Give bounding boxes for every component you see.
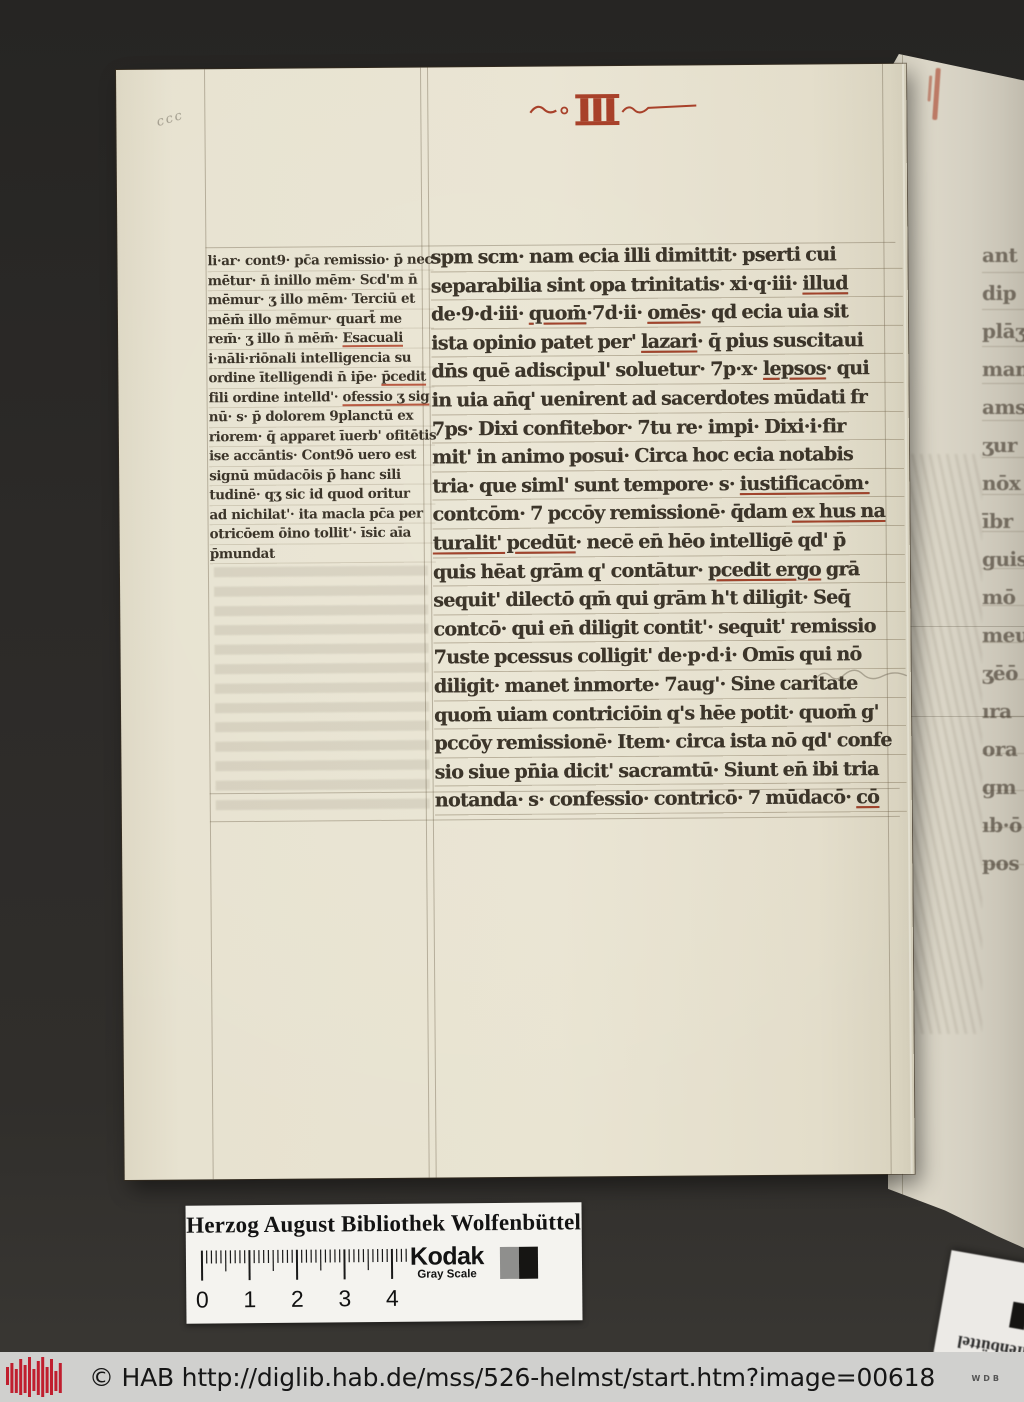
facing-red-numeral-mark	[932, 68, 941, 120]
manuscript-line: mēm̄ illo mēmur· quart̄ me	[208, 309, 434, 330]
manuscript-line: separabilia sint opa trinitatis· xi·q·ii…	[431, 268, 903, 300]
manuscript-line: 7ps· Dixi confitebor· 7tu re· impi· Dixi…	[432, 411, 904, 443]
manuscript-line: notanda· s· confessio· contricō· 7 mūdac…	[435, 783, 907, 815]
facing-page-text-fragments: antdipplāʒmamamsʒurnōxībrguismōmeuʒēōıra…	[982, 236, 1024, 896]
gray-scale-patch	[500, 1247, 538, 1279]
pencil-shelfmark: ccc	[155, 108, 186, 130]
manuscript-line: sequit' dilectō qm̄ qui grām h't diligit…	[433, 583, 905, 615]
facing-text-fragment: ams	[982, 388, 1024, 426]
facing-text-fragment: mam	[982, 350, 1024, 388]
manuscript-line: signū mūdacōis p̄ hanc sili	[209, 465, 435, 486]
manuscript-line: mēmur· ʒ illo mēm· Terciū et	[208, 290, 434, 311]
manuscript-line: tudinē· qʒ sic id quod oritur	[209, 485, 435, 506]
manuscript-line: spm scm· nam ecia illi dimittit· pserti …	[430, 240, 902, 272]
manuscript-line: p̄mundat	[210, 543, 436, 564]
manuscript-line: ise accāntis· Cont9ō uero est	[209, 446, 435, 467]
manuscript-line: contcō· qui en̄ diligit contit'· sequit'…	[433, 612, 905, 644]
facing-text-fragment: ıb·ō	[982, 806, 1024, 844]
manuscript-line: quis hēat grām q' contātur· pcedit ergo …	[433, 554, 905, 586]
gray-patch-dark	[519, 1247, 538, 1279]
manuscript-line: de·9·d·iii· quom̄·7d·ii· omēs· qd ecia u…	[431, 297, 903, 329]
facing-text-fragment: ant	[982, 236, 1024, 274]
manuscript-line: otricōem ōino tollit'· īsic aīa	[210, 524, 436, 545]
manuscript-line: rem̄· ʒ illo n̄ mēm̄· Esacuali	[208, 329, 434, 350]
facing-page-blurred-text	[904, 454, 982, 1034]
svg-text:4: 4	[386, 1285, 399, 1311]
gray-patch-light	[500, 1247, 519, 1279]
ruling-horizontal-line	[210, 816, 900, 822]
manuscript-line: turalit' pcedūt· necē en̄ hēo intelligē …	[433, 526, 905, 558]
svg-text:0: 0	[196, 1287, 209, 1313]
manuscript-line: dn̄s quē adiscipul' soluetur· 7p·x· leps…	[431, 354, 903, 386]
gray-scale-text: Gray Scale	[410, 1268, 484, 1281]
facing-text-fragment: nōx	[982, 464, 1024, 502]
footer-bar: © HAB http://diglib.hab.de/mss/526-helms…	[0, 1352, 1024, 1402]
facing-text-fragment: guis	[982, 540, 1024, 578]
manuscript-line: ad nichilat'· ita macla pc̄a per	[209, 504, 435, 525]
svg-text:2: 2	[291, 1286, 304, 1312]
manuscript-line: ista opinio patet per' lazari· q̄ pius s…	[431, 326, 903, 358]
facing-text-fragment: plāʒ	[982, 312, 1024, 350]
facing-text-fragment: dip	[982, 274, 1024, 312]
kodak-brand-text: Kodak	[410, 1245, 484, 1268]
facing-text-fragment: ībr	[982, 502, 1024, 540]
manuscript-line: mētur· n̄ inillo mēm· Scd'm n̄	[208, 270, 434, 291]
kodak-label: Kodak Gray Scale	[410, 1245, 484, 1281]
centimeter-scale: 01234	[196, 1246, 415, 1314]
manuscript-line: tria· que siml' sunt tempore· s· iustifi…	[432, 469, 904, 501]
facing-text-fragment: ora	[982, 730, 1024, 768]
gray-scale-patch-rotated	[1009, 1302, 1024, 1333]
manuscript-line: pccōy remissionē· Item· circa ista nō qd…	[434, 726, 906, 758]
folio-numeral-red	[524, 87, 704, 134]
manuscript-line: li·ar· cont9· pc̄a remissio· p̄ nec	[207, 251, 433, 272]
manuscript-line: mit' in animo posui· Circa hoc ecia nota…	[432, 440, 904, 472]
manuscript-line: i·nāli·riōnali intelligencia su	[208, 348, 434, 369]
scan-stage: antdipplāʒmamamsʒurnōxībrguismōmeuʒēōıra…	[0, 0, 1024, 1402]
bleedthrough-ghost-text	[214, 566, 430, 814]
left-text-column: li·ar· cont9· pc̄a remissio· p̄ necmētur…	[207, 251, 435, 565]
manuscript-line: sio siue pn̄ia dicit' sacramtū· Siunt en…	[434, 755, 906, 787]
manuscript-line: nū· s· p̄ dolorem 9planctū ex	[209, 407, 435, 428]
facing-text-fragment: ʒur	[982, 426, 1024, 464]
ruler-card: Herzog August Bibliothek Wolfenbüttel 01…	[185, 1202, 582, 1323]
facing-text-fragment: pos	[982, 844, 1024, 882]
facing-text-fragment: gm	[982, 768, 1024, 806]
manuscript-line: quom̄ uiam contriciōin q's hēe potit· qu…	[434, 697, 906, 729]
wdb-watermark: WDB	[971, 1374, 1002, 1383]
manuscript-page: ccc li·ar· cont9· pc̄a remissio· p̄ necm…	[116, 64, 915, 1180]
manuscript-line: contcōm· 7 pccōy remissionē· q̄dam ex hu…	[432, 497, 904, 529]
copyright-url-text: © HAB http://diglib.hab.de/mss/526-helms…	[0, 1352, 1024, 1402]
manuscript-line: fili ordine intelld'· ofessio ʒ sig	[209, 387, 435, 408]
facing-text-fragment: mō	[982, 578, 1024, 616]
manuscript-line: riorem· q̄ apparet īuerb' ofitētis	[209, 426, 435, 447]
ruling-vertical-line	[204, 69, 214, 1179]
facing-text-fragment: ıra	[982, 692, 1024, 730]
facing-text-fragment: ʒēō	[982, 654, 1024, 692]
library-name-label: Herzog August Bibliothek Wolfenbüttel	[186, 1209, 582, 1238]
svg-text:3: 3	[338, 1285, 351, 1311]
svg-text:1: 1	[243, 1286, 256, 1312]
marginal-note-squiggle	[811, 664, 911, 691]
manuscript-line: ordine ītelligendi n̄ ip̄e· p̄cedit	[208, 368, 434, 389]
manuscript-line: in uia an̄q' uenirent ad sacerdotes mūda…	[431, 383, 903, 415]
right-text-column: spm scm· nam ecia illi dimittit· pserti …	[430, 240, 906, 816]
facing-text-fragment: meu	[982, 616, 1024, 654]
